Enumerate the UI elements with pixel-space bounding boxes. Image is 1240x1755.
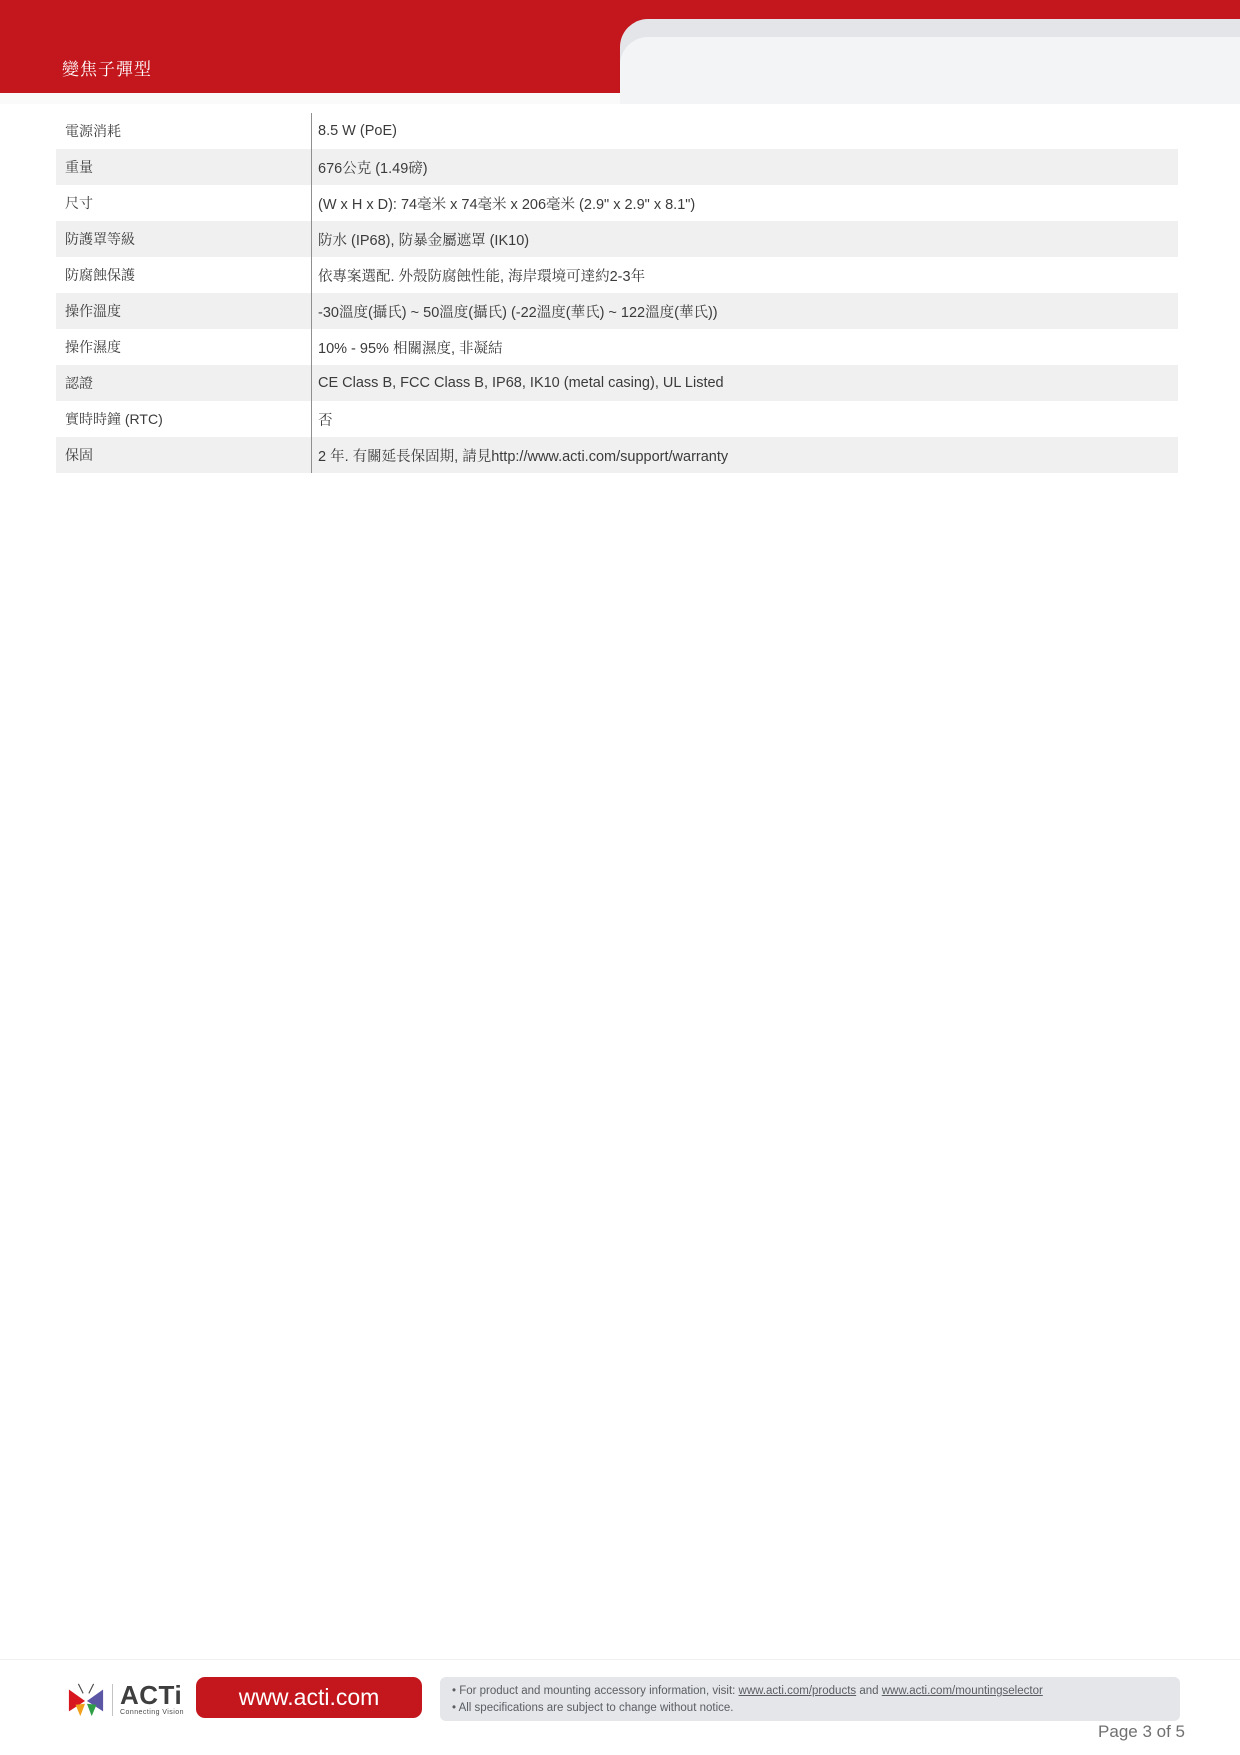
spec-row: 操作溫度-30溫度(攝氏) ~ 50溫度(攝氏) (-22溫度(華氏) ~ 12… [56, 293, 1178, 329]
acti-logo: ACTi Connecting Vision [65, 1680, 184, 1720]
logo-tagline: Connecting Vision [120, 1709, 184, 1716]
spec-label: 防腐蝕保護 [56, 257, 311, 293]
note1-text: • For product and mounting accessory inf… [452, 1685, 739, 1697]
page-title: 變焦子彈型 [62, 55, 152, 80]
spec-label: 尺寸 [56, 185, 311, 221]
mountingselector-link[interactable]: www.acti.com/mountingselector [882, 1685, 1043, 1697]
spec-row: 防腐蝕保護依專案選配. 外殼防腐蝕性能, 海岸環境可達約2-3年 [56, 257, 1178, 293]
logo-text-block: ACTi Connecting Vision [120, 1684, 184, 1716]
spec-row: 實時時鐘 (RTC)否 [56, 401, 1178, 437]
footer-note-line1: • For product and mounting accessory inf… [452, 1683, 1168, 1700]
footer-notes-box: • For product and mounting accessory inf… [440, 1677, 1180, 1721]
spec-value: 否 [311, 401, 1178, 437]
spec-value: 防水 (IP68), 防暴金屬遮罩 (IK10) [311, 221, 1178, 257]
products-link[interactable]: www.acti.com/products [739, 1685, 857, 1697]
page-indicator: Page 3 of 5 [1098, 1722, 1185, 1742]
footer-note-line2: • All specifications are subject to chan… [452, 1700, 1168, 1717]
footer: ACTi Connecting Vision www.acti.com • Fo… [0, 1670, 1240, 1755]
logo-divider [112, 1684, 113, 1716]
spec-row: 電源消耗8.5 W (PoE) [56, 113, 1178, 149]
spec-label: 重量 [56, 149, 311, 185]
spec-value: 依專案選配. 外殼防腐蝕性能, 海岸環境可達約2-3年 [311, 257, 1178, 293]
spec-value: 8.5 W (PoE) [311, 113, 1178, 149]
spec-label: 電源消耗 [56, 113, 311, 149]
spec-row: 重量676公克 (1.49磅) [56, 149, 1178, 185]
spec-value: 676公克 (1.49磅) [311, 149, 1178, 185]
spec-row: 保固2 年. 有關延長保固期, 請見http://www.acti.com/su… [56, 437, 1178, 473]
header-bottom-strip [0, 93, 620, 104]
spec-value: 10% - 95% 相關濕度, 非凝結 [311, 329, 1178, 365]
spec-label: 防護罩等級 [56, 221, 311, 257]
spec-value: 2 年. 有關延長保固期, 請見http://www.acti.com/supp… [311, 437, 1178, 473]
spec-row: 防護罩等級防水 (IP68), 防暴金屬遮罩 (IK10) [56, 221, 1178, 257]
spec-value: -30溫度(攝氏) ~ 50溫度(攝氏) (-22溫度(華氏) ~ 122溫度(… [311, 293, 1178, 329]
spec-label: 實時時鐘 (RTC) [56, 401, 311, 437]
spec-value: (W x H x D): 74毫米 x 74毫米 x 206毫米 (2.9" x… [311, 185, 1178, 221]
spec-table: 電源消耗8.5 W (PoE)重量676公克 (1.49磅)尺寸(W x H x… [56, 113, 1178, 473]
footer-divider-line [0, 1659, 1240, 1660]
spec-row: 操作濕度10% - 95% 相關濕度, 非凝結 [56, 329, 1178, 365]
spec-value: CE Class B, FCC Class B, IP68, IK10 (met… [311, 365, 1178, 401]
spec-label: 操作濕度 [56, 329, 311, 365]
spec-label: 保固 [56, 437, 311, 473]
page-header: 變焦子彈型 [0, 0, 1240, 104]
website-button[interactable]: www.acti.com [196, 1677, 422, 1718]
butterfly-logo-icon [65, 1681, 107, 1719]
spec-row: 尺寸(W x H x D): 74毫米 x 74毫米 x 206毫米 (2.9"… [56, 185, 1178, 221]
spec-row: 認證CE Class B, FCC Class B, IP68, IK10 (m… [56, 365, 1178, 401]
logo-wordmark: ACTi [120, 1684, 184, 1706]
header-tab [620, 37, 1240, 104]
note1-mid-text: and [856, 1685, 882, 1697]
spec-label: 操作溫度 [56, 293, 311, 329]
spec-label: 認證 [56, 365, 311, 401]
